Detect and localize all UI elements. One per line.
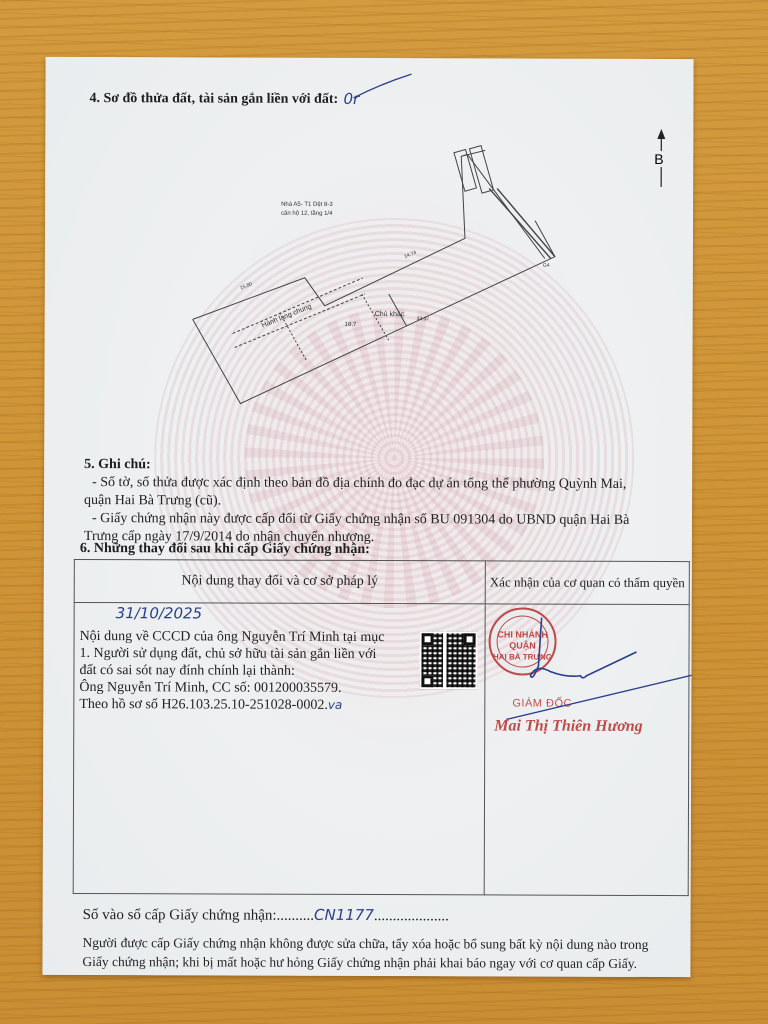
change-entry: 31/10/2025 Nội dung về CCCD của ông Nguy…: [75, 604, 484, 893]
dim-4: G4: [543, 263, 550, 269]
register-label: Số vào sổ cấp Giấy chứng nhận:: [83, 907, 277, 924]
section5-title: 5. Ghi chú:: [84, 457, 151, 473]
confirmation-cell: CHI NHÁNH QUẬN HAI BÀ TRƯNG GIÁM ĐỐC Mai…: [486, 605, 688, 894]
changes-table: Nội dung thay đổi và cơ sở pháp lý Xác n…: [73, 559, 690, 896]
note-line-3: - Giấy chứng nhận này được cấp đổi từ Gi…: [92, 511, 629, 529]
signature: [486, 605, 693, 726]
change-text: Nội dung về CCCD của ông Nguyễn Trí Minh…: [79, 628, 409, 714]
dim-2: 15.80: [239, 281, 253, 291]
dim-1: 14.74: [403, 250, 417, 260]
change-line-3: đất có sai sót nay đính chính lại thành:: [79, 662, 409, 680]
change-date: 31/10/2025: [116, 604, 203, 622]
building-label-1: Nhà A5- T1 Dệt 8-3: [281, 202, 333, 208]
register-number: CN1177: [314, 906, 374, 924]
header-confirmation: Xác nhận của cơ quan có thẩm quyền: [485, 561, 689, 605]
building-label-2: căn hộ 12, tầng 1/4: [281, 211, 333, 217]
change-line-5: Theo hồ sơ số H26.103.25.10-251028-0002.…: [79, 696, 409, 714]
note-line-1: - Số tờ, số thửa được xác định theo bản …: [92, 475, 626, 493]
header-content: Nội dung thay đổi và cơ sở pháp lý: [74, 559, 485, 603]
unit-area: 18.7: [345, 322, 357, 328]
note-line-2: quận Hai Bà Trưng (cũ).: [84, 493, 221, 509]
dim-3: 33.37: [417, 316, 430, 322]
change-line-2: 1. Người sử dụng đất, chủ sở hữu tài sản…: [79, 645, 409, 663]
change-line-1: Nội dung về CCCD của ông Nguyễn Trí Minh…: [80, 628, 410, 646]
parcel-diagram: Nhà A5- T1 Dệt 8-3 căn hộ 12, tầng 1/4 H…: [44, 57, 693, 459]
section6-title: 6. Những thay đổi sau khi cấp Giấy chứng…: [80, 541, 370, 558]
initials: va: [328, 698, 343, 712]
warning-text: Người được cấp Giấy chứng nhận không đượ…: [82, 933, 662, 973]
qr-code[interactable]: [419, 631, 477, 689]
register-number-row: Số vào sổ cấp Giấy chứng nhận:..........…: [83, 905, 449, 925]
other-owner-label: Chủ khác: [375, 310, 405, 318]
certificate-page: 4. Sơ đồ thửa đất, tài sản gắn liền với …: [42, 57, 693, 977]
change-line-4: Ông Nguyễn Trí Minh, CC số: 001200035579…: [79, 679, 409, 697]
